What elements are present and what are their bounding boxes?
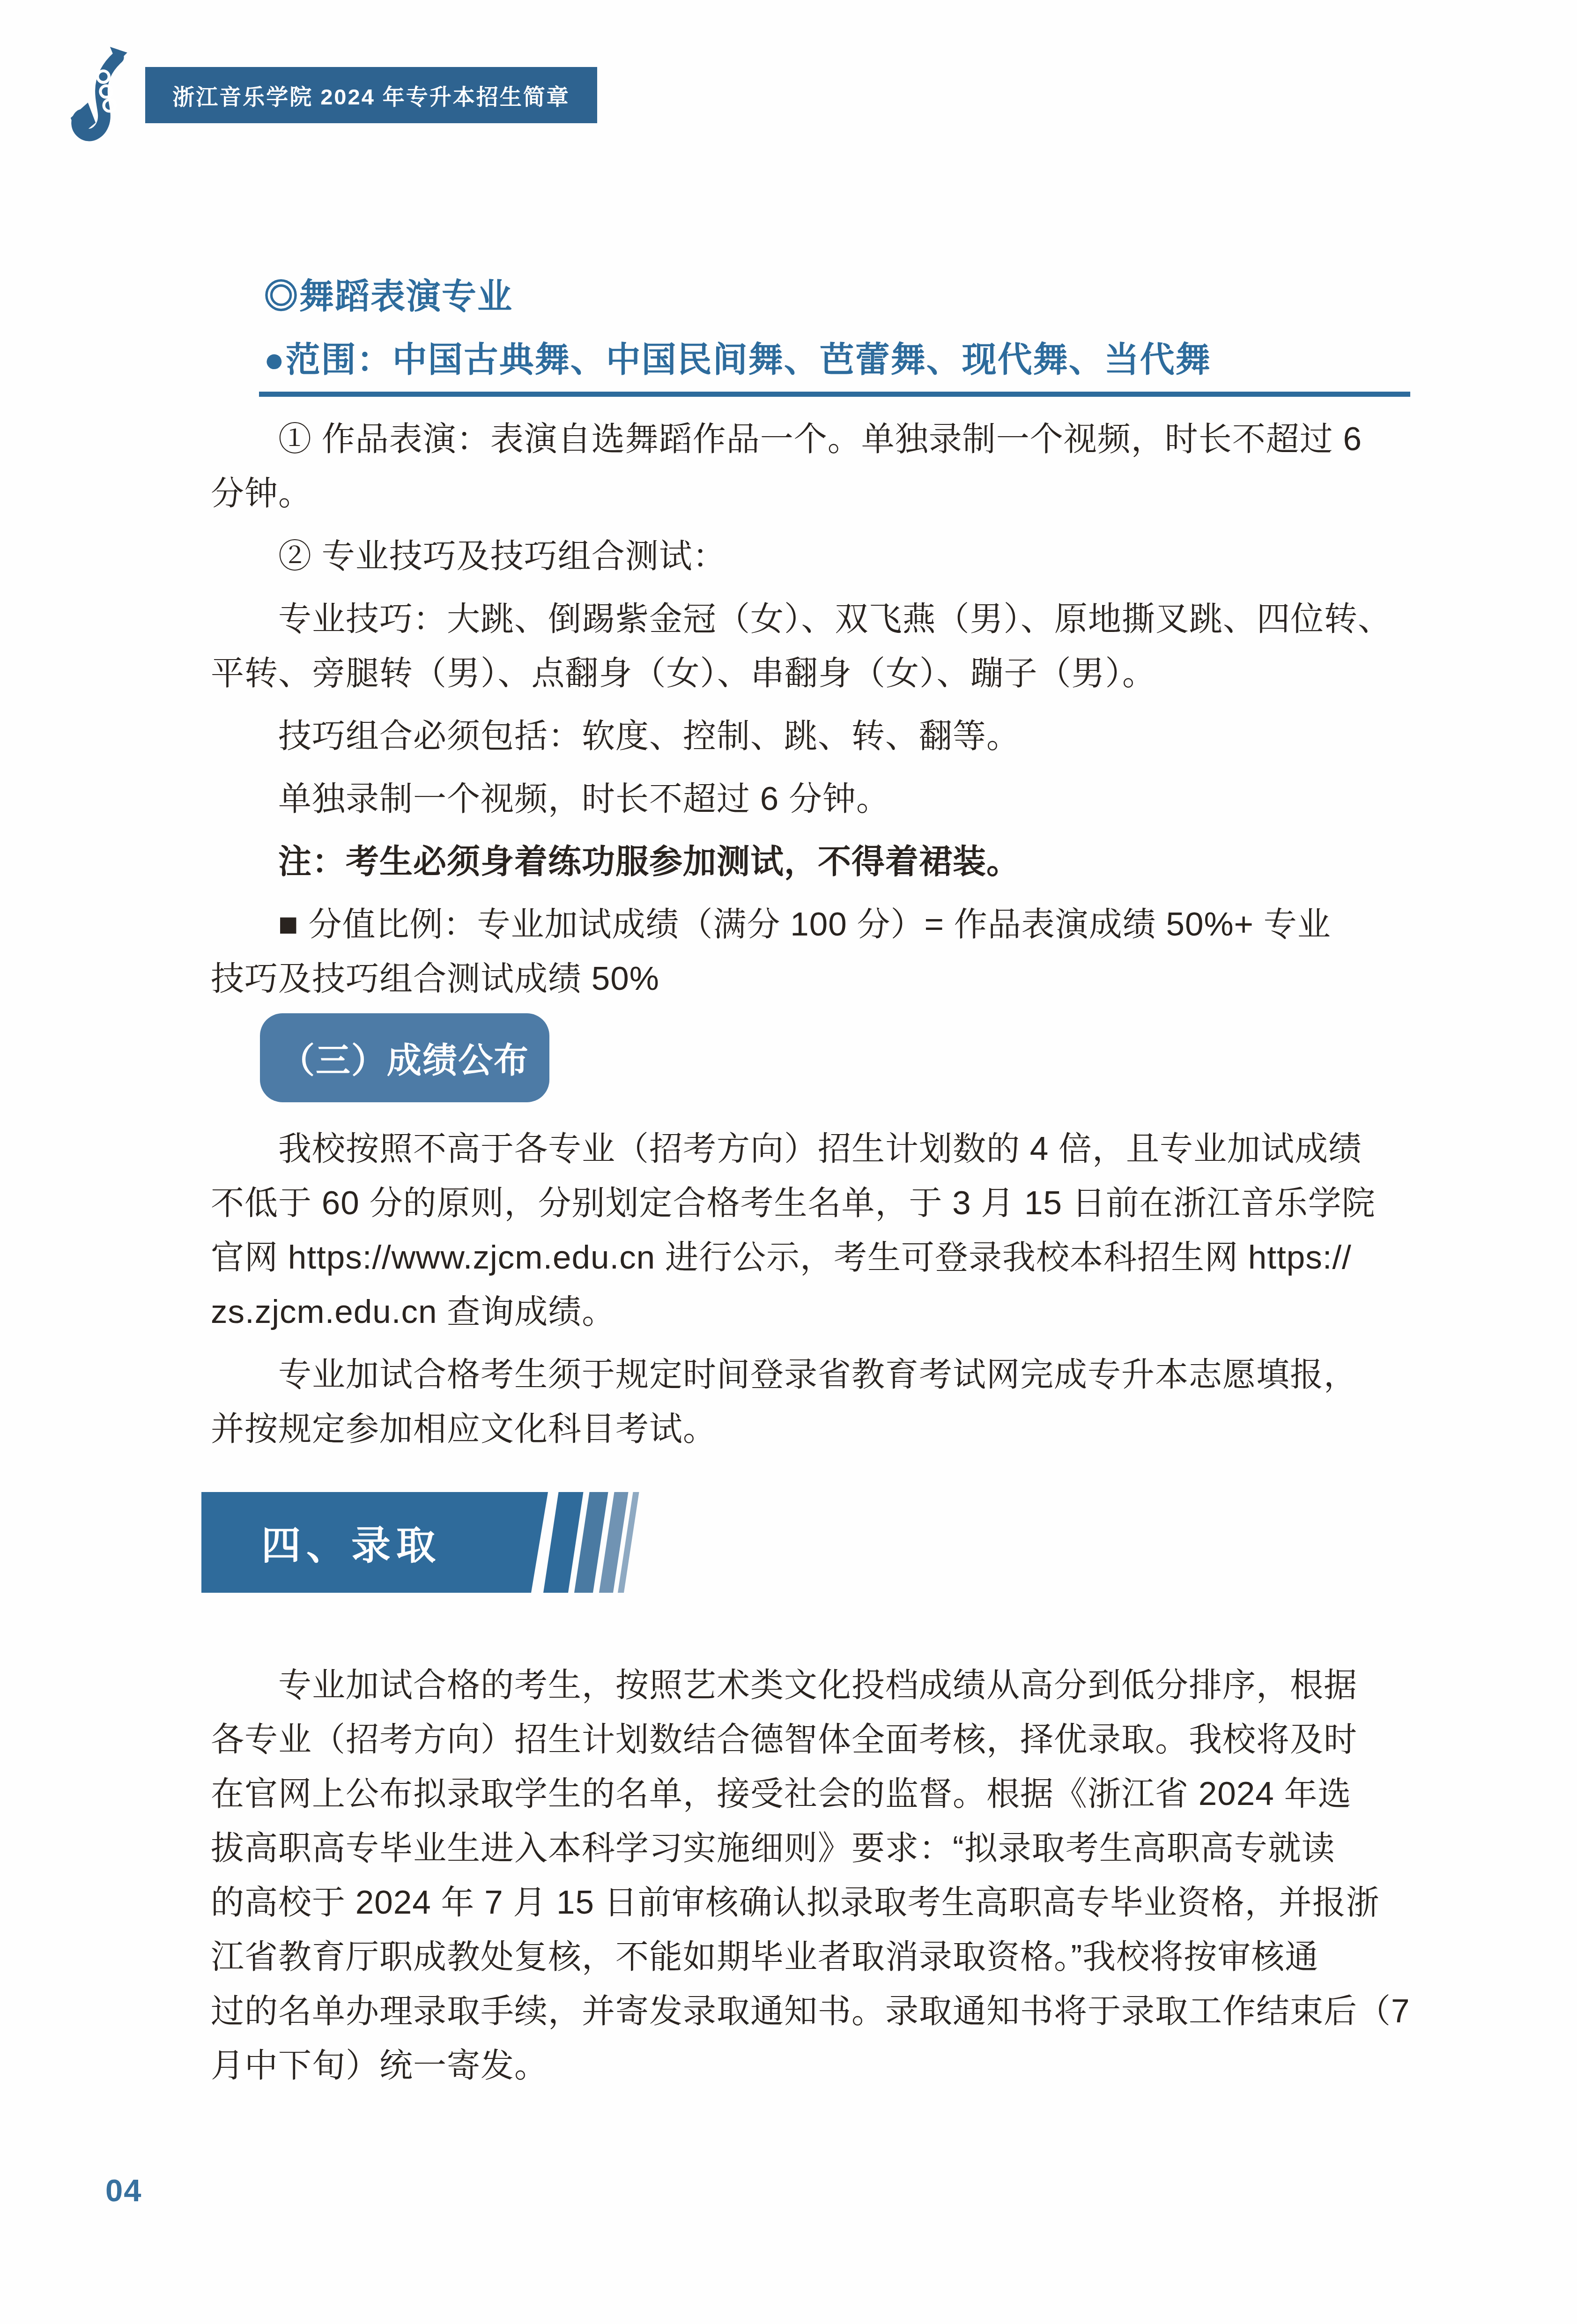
admission-paragraphs: 专业加试合格的考生，按照艺术类文化投档成绩从高分到低分排序，根据 各专业（招考方… bbox=[211, 1658, 1438, 2093]
body-line: 月中下旬）统一寄发。 bbox=[211, 2039, 1438, 2093]
body-line: 江省教育厅职成教处复核，不能如期毕业者取消录取资格。”我校将按审核通 bbox=[211, 1930, 1438, 1984]
body-line: 并按规定参加相应文化科目考试。 bbox=[211, 1402, 1438, 1456]
score-publish-paragraphs: 我校按照不高于各专业（招考方向）招生计划数的 4 倍，且专业加试成绩 不低于 6… bbox=[211, 1122, 1438, 1456]
document-title: 浙江音乐学院 2024 年专升本招生简章 bbox=[172, 80, 570, 111]
body-line: 技巧组合必须包括：软度、控制、跳、转、翻等。 bbox=[211, 709, 1438, 764]
score-ratio-line: 技巧及技巧组合测试成绩 50% bbox=[211, 952, 1438, 1006]
body-line: 平转、旁腿转（男）、点翻身（女）、串翻身（女）、蹦子（男）。 bbox=[211, 646, 1438, 701]
divider-line bbox=[259, 392, 1410, 397]
body-line-with-url: 官网 https://www.zjcm.edu.cn 进行公示，考生可登录我校本… bbox=[211, 1231, 1438, 1285]
brochure-page: 浙江音乐学院 2024 年专升本招生简章 ◎舞蹈表演专业 ●范围：中国古典舞、中… bbox=[0, 0, 1577, 2324]
body-line: 专业技巧：大跳、倒踢紫金冠（女）、双飞燕（男）、原地撕叉跳、四位转、 bbox=[211, 592, 1438, 646]
score-ratio-line: ■ 分值比例：专业加试成绩（满分 100 分）= 作品表演成绩 50%+ 专业 bbox=[211, 898, 1438, 952]
dance-scope-heading: ●范围：中国古典舞、中国民间舞、芭蕾舞、现代舞、当代舞 bbox=[264, 336, 1211, 383]
admission-banner-block: 四、录取 bbox=[201, 1492, 548, 1593]
body-line: 专业加试合格的考生，按照艺术类文化投档成绩从高分到低分排序，根据 bbox=[211, 1658, 1438, 1713]
saxophone-icon bbox=[69, 47, 137, 143]
body-line: 各专业（招考方向）招生计划数结合德智体全面考核，择优录取。我校将及时 bbox=[211, 1713, 1438, 1767]
page-number: 04 bbox=[105, 2170, 142, 2212]
dance-major-heading: ◎舞蹈表演专业 bbox=[264, 273, 513, 320]
body-line: 的高校于 2024 年 7 月 15 日前审核确认拟录取考生高职高专毕业资格，并… bbox=[211, 1876, 1438, 1930]
header-title-bar: 浙江音乐学院 2024 年专升本招生简章 bbox=[145, 67, 597, 123]
body-line: 单独录制一个视频，时长不超过 6 分钟。 bbox=[211, 772, 1438, 826]
admission-section-banner: 四、录取 bbox=[201, 1492, 660, 1593]
admission-banner-title: 四、录取 bbox=[201, 1514, 441, 1571]
score-publish-badge-label: （三）成绩公布 bbox=[280, 1033, 529, 1083]
score-publish-badge: （三）成绩公布 bbox=[260, 1013, 549, 1102]
note-line: 注：考生必须身着练功服参加测试，不得着裙装。 bbox=[211, 835, 1438, 889]
body-line: 分钟。 bbox=[211, 467, 1438, 521]
body-line: 过的名单办理录取手续，并寄发录取通知书。录取通知书将于录取工作结束后（7 bbox=[211, 1984, 1438, 2039]
dance-test-paragraphs: ① 作品表演：表演自选舞蹈作品一个。单独录制一个视频，时长不超过 6 分钟。 ②… bbox=[211, 412, 1438, 1006]
body-line: 我校按照不高于各专业（招考方向）招生计划数的 4 倍，且专业加试成绩 bbox=[211, 1122, 1438, 1176]
body-line: 不低于 60 分的原则，分别划定合格考生名单，于 3 月 15 日前在浙江音乐学… bbox=[211, 1176, 1438, 1231]
body-line: ① 作品表演：表演自选舞蹈作品一个。单独录制一个视频，时长不超过 6 bbox=[211, 412, 1438, 467]
body-line: 专业加试合格考生须于规定时间登录省教育考试网完成专升本志愿填报， bbox=[211, 1348, 1438, 1402]
body-line-with-url: zs.zjcm.edu.cn 查询成绩。 bbox=[211, 1285, 1438, 1339]
body-line: 拔高职高专毕业生进入本科学习实施细则》要求：“拟录取考生高职高专就读 bbox=[211, 1821, 1438, 1876]
body-line: 在官网上公布拟录取学生的名单，接受社会的监督。根据《浙江省 2024 年选 bbox=[211, 1767, 1438, 1821]
body-line: ② 专业技巧及技巧组合测试： bbox=[211, 529, 1438, 584]
